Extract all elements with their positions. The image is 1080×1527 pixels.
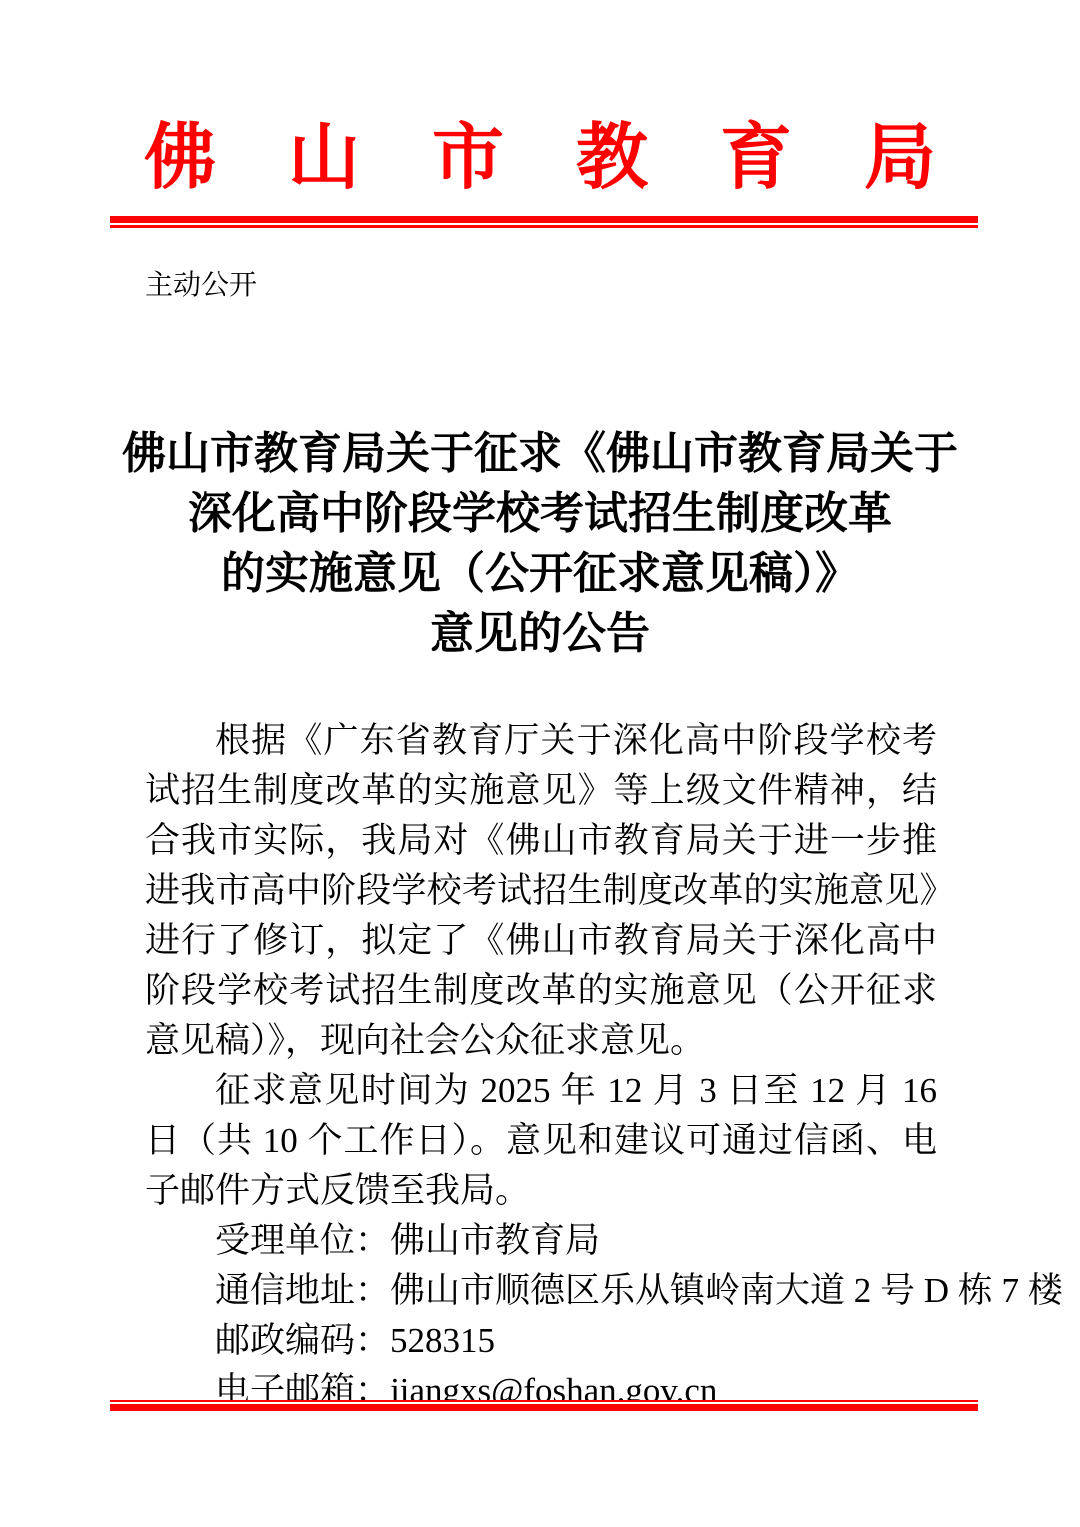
paragraph-basis: 根据《广东省教育厅关于深化高中阶段学校考试招生制度改革的实施意见》等上级文件精神…	[145, 716, 937, 1066]
document-page: 佛山市教育局 主动公开 佛山市教育局关于征求《佛山市教育局关于 深化高中阶段学校…	[0, 0, 1080, 1527]
red-double-rule-top	[110, 216, 978, 228]
document-body: 根据《广东省教育厅关于深化高中阶段学校考试招生制度改革的实施意见》等上级文件精神…	[145, 716, 937, 1416]
contact-value-postal-code: 528315	[390, 1321, 495, 1360]
document-title-line-3: 的实施意见（公开征求意见稿）》	[90, 544, 990, 604]
document-title-line-2: 深化高中阶段学校考试招生制度改革	[90, 484, 990, 544]
paragraph-feedback-period: 征求意见时间为 2025 年 12 月 3 日至 12 月 16 日（共 10 …	[145, 1066, 937, 1216]
contact-line-accepting-unit: 受理单位：佛山市教育局	[145, 1216, 937, 1266]
contact-label-mailing-address: 通信地址：	[215, 1271, 390, 1310]
document-title: 佛山市教育局关于征求《佛山市教育局关于 深化高中阶段学校考试招生制度改革 的实施…	[90, 424, 990, 664]
contact-line-mailing-address: 通信地址：佛山市顺德区乐从镇岭南大道 2 号 D 栋 7 楼	[145, 1266, 937, 1316]
red-double-rule-bottom	[110, 1400, 978, 1411]
document-title-line-1: 佛山市教育局关于征求《佛山市教育局关于	[90, 424, 990, 484]
contact-value-mailing-address: 佛山市顺德区乐从镇岭南大道 2 号 D 栋 7 楼	[390, 1271, 1063, 1310]
disclosure-label: 主动公开	[145, 268, 257, 302]
document-title-line-4: 意见的公告	[90, 604, 990, 664]
contact-label-postal-code: 邮政编码：	[215, 1321, 390, 1360]
contact-label-accepting-unit: 受理单位：	[215, 1221, 390, 1260]
contact-line-postal-code: 邮政编码：528315	[145, 1316, 937, 1366]
contact-value-accepting-unit: 佛山市教育局	[390, 1221, 600, 1260]
letterhead-agency-name: 佛山市教育局	[0, 112, 1080, 204]
